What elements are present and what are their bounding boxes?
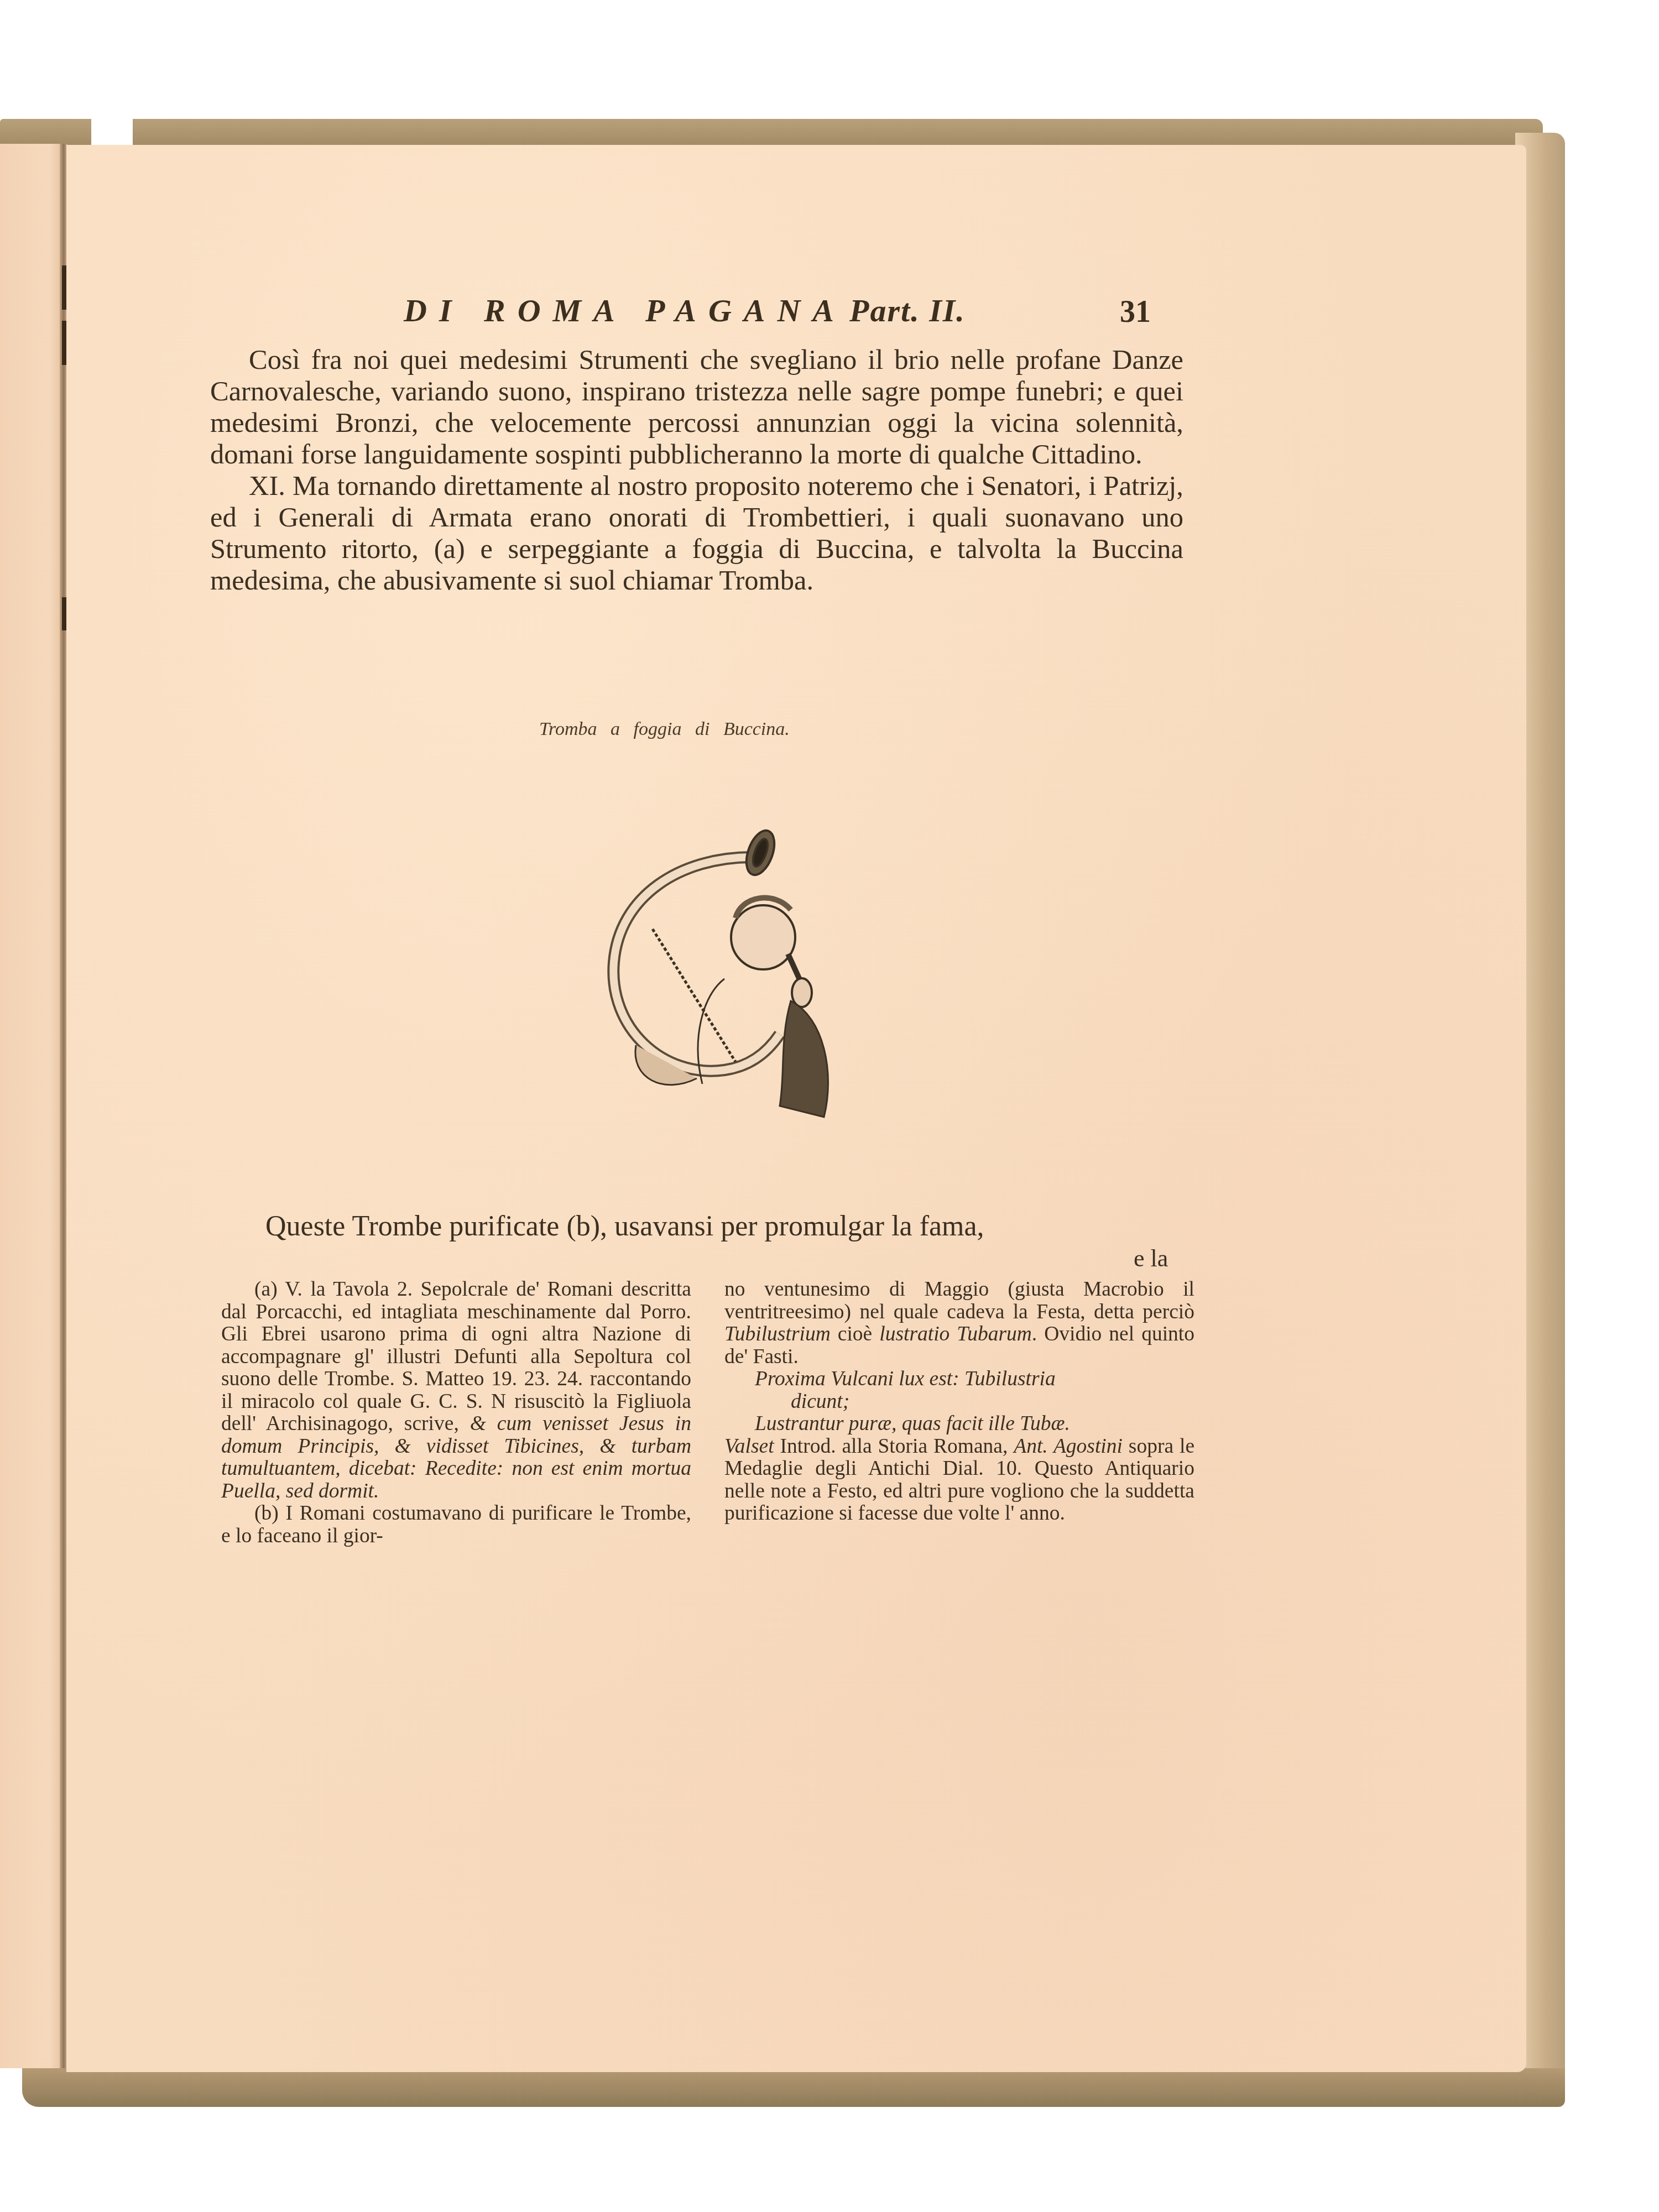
gutter-stitch-mark bbox=[62, 597, 66, 630]
board-gap bbox=[91, 111, 133, 149]
term-tubilustrium: Tubilustrium bbox=[724, 1323, 831, 1345]
main-text: Così fra noi quei medesimi Strumenti che… bbox=[210, 344, 1183, 596]
paragraph-2: XI. Ma tornando direttamente al nostro p… bbox=[210, 470, 1183, 596]
verse-line-2: Lustrantur puræ, quas facit ille Tubæ. bbox=[724, 1413, 1194, 1436]
continuation-line: Queste Trombe purificate (b), usavansi p… bbox=[265, 1210, 1194, 1243]
gutter-stitch-mark bbox=[62, 321, 66, 365]
term-lustratio-tubarum: lustratio Tubarum bbox=[879, 1323, 1032, 1345]
page-number: 31 bbox=[1120, 294, 1151, 330]
left-page-sliver bbox=[0, 144, 62, 2068]
ref-author-valset: Valset bbox=[724, 1435, 774, 1458]
running-head: DI ROMA PAGANAPart. II. bbox=[404, 292, 1206, 331]
buccina-player-engraving bbox=[570, 818, 846, 1139]
footnote-a: (a) V. la Tavola 2. Sepolcrale de' Roman… bbox=[221, 1278, 691, 1435]
footnote-column-left: (a) V. la Tavola 2. Sepolcrale de' Roman… bbox=[221, 1279, 691, 1547]
book-board-bottom-edge bbox=[22, 2068, 1565, 2107]
running-head-part: Part. II. bbox=[849, 293, 966, 328]
ref-author-agostini: Ant. Agostini bbox=[1014, 1435, 1123, 1458]
footnote-column-right: no ventunesimo di Maggio (giusta Macrobi… bbox=[724, 1279, 1194, 1547]
footnotes: (a) V. la Tavola 2. Sepolcrale de' Roman… bbox=[221, 1279, 1194, 1547]
footnote-b-continued: no ventunesimo di Maggio (giusta Macrobi… bbox=[724, 1278, 1194, 1323]
running-head-title: DI ROMA PAGANA bbox=[404, 293, 846, 328]
verse-line-1: Proxima Vulcani lux est: Tubilustria bbox=[724, 1368, 1194, 1391]
verse-line-1b: dicunt; bbox=[724, 1391, 1194, 1413]
ref-text-valset: Introd. alla Storia Romana, bbox=[780, 1435, 1008, 1458]
paragraph-1: Così fra noi quei medesimi Strumenti che… bbox=[210, 344, 1183, 470]
gutter-stitch-mark bbox=[62, 265, 66, 310]
figure-caption: Tromba a foggia di Buccina. bbox=[539, 719, 790, 740]
catchword: e la bbox=[1134, 1244, 1168, 1272]
footnote-b: (b) I Romani costumavano di purificare l… bbox=[221, 1503, 691, 1547]
word-cioe: cioè bbox=[838, 1323, 872, 1345]
